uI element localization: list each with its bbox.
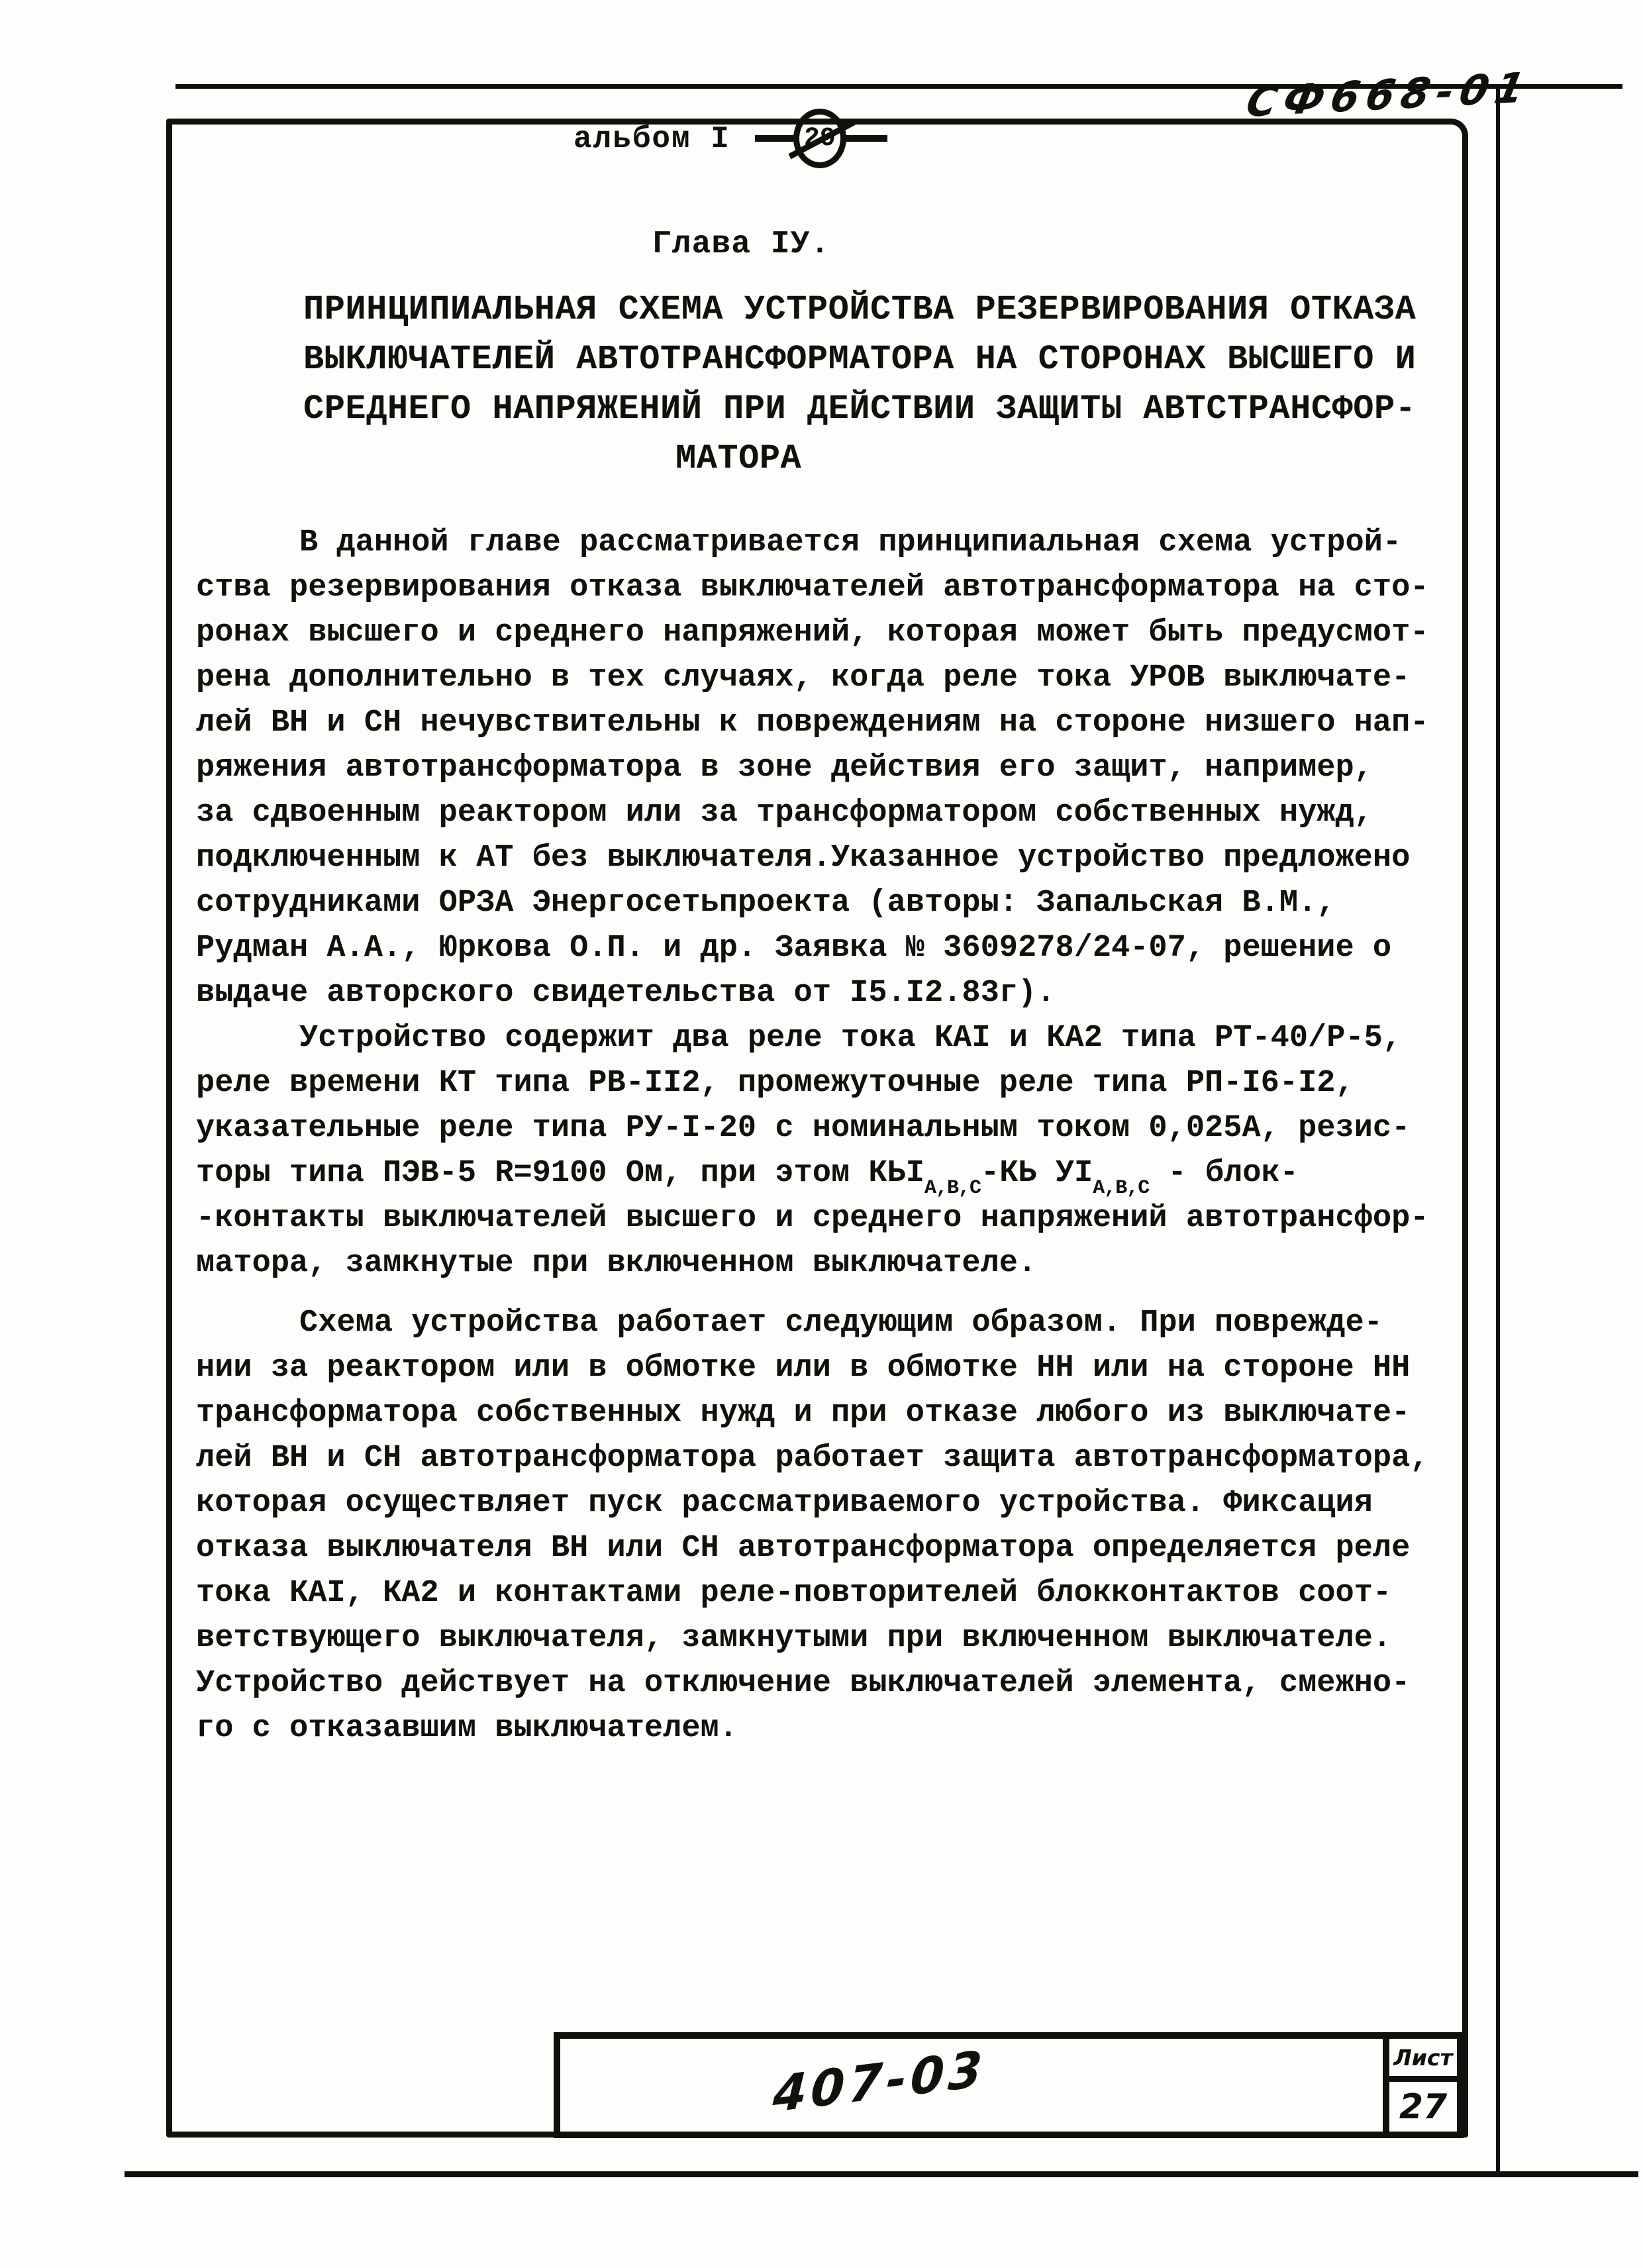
strike-dash-left	[755, 135, 796, 142]
album-label: альбом I	[573, 122, 730, 156]
text-line: -контакты выключателей высшего и среднег…	[196, 1196, 1481, 1241]
formula-text: - блок-	[1149, 1156, 1299, 1191]
text-line: рена дополнительно в тех случаях, когда …	[196, 656, 1481, 701]
document-number: 407-03	[772, 2040, 987, 2124]
sheet-label: Лист	[1389, 2039, 1457, 2082]
text-line: подключенным к АТ без выключателя.Указан…	[196, 836, 1481, 881]
text-line: отказа выключателя ВН или СН автотрансфо…	[196, 1526, 1481, 1571]
paragraph-2: Устройство содержит два реле тока КАІ и …	[196, 1016, 1481, 1286]
title-line: ВЫКЛЮЧАТЕЛЕЙ АВТОТРАНСФОРМАТОРА НА СТОРО…	[303, 340, 1416, 379]
title-block: 407-03 Лист 27	[554, 2032, 1464, 2138]
text-line: ства резервирования отказа выключателей …	[196, 566, 1481, 611]
formula-text: -КЬ УІ	[981, 1156, 1093, 1191]
text-line: В данной главе рассматривается принципиа…	[196, 521, 1481, 566]
crossed-out-page-number: 29	[755, 106, 894, 172]
title-line: ПРИНЦИПИАЛЬНАЯ СХЕМА УСТРОЙСТВА РЕЗЕРВИР…	[303, 290, 1416, 329]
handwritten-document-code: СФ668-01	[1242, 63, 1535, 127]
text-line: указательные реле типа РУ-І-20 с номинал…	[196, 1106, 1481, 1151]
text-line: Рудман А.А., Юркова О.П. и др. Заявка № …	[196, 926, 1481, 971]
formula-text: торы типа ПЭВ-5 R=9100 Ом, при этом КЬІ	[196, 1156, 924, 1191]
text-line: Устройство содержит два реле тока КАІ и …	[196, 1016, 1481, 1061]
text-line: Устройство действует на отключение выклю…	[196, 1661, 1481, 1706]
text-line: за сдвоенным реактором или за трансформа…	[196, 791, 1481, 836]
text-line: нии за реактором или в обмотке или в обм…	[196, 1346, 1481, 1391]
strike-dash-right	[844, 135, 887, 142]
title-line: МАТОРА	[675, 439, 801, 478]
scanned-document-page: альбом I 29 СФ668-01 Глава ІУ. ПРИНЦИПИА…	[0, 0, 1643, 2268]
text-line: выдаче авторского свидетельства от І5.І2…	[196, 971, 1481, 1016]
text-line: реле времени КТ типа РВ-ІІ2, промежуточн…	[196, 1061, 1481, 1106]
text-line: тока КАІ, КА2 и контактами реле-повторит…	[196, 1571, 1481, 1616]
paragraph-3: Схема устройства работает следующим обра…	[196, 1301, 1481, 1751]
text-line: лей ВН и СН нечувствительны к повреждени…	[196, 701, 1481, 746]
text-line: торы типа ПЭВ-5 R=9100 Ом, при этом КЬІА…	[196, 1151, 1481, 1196]
paragraph-1: В данной главе рассматривается принципиа…	[196, 521, 1481, 1016]
text-line: которая осуществляет пуск рассматриваемо…	[196, 1481, 1481, 1526]
sheet-column: Лист 27	[1383, 2039, 1457, 2132]
text-line: го с отказавшим выключателем.	[196, 1706, 1481, 1751]
text-line: ронах высшего и среднего напряжений, кот…	[196, 611, 1481, 656]
chapter-heading: Глава ІУ.	[652, 227, 830, 262]
text-line: сотрудниками ОРЗА Энергосетьпроекта (авт…	[196, 881, 1481, 926]
text-line: ветствующего выключателя, замкнутыми при…	[196, 1616, 1481, 1661]
sheet-number: 27	[1389, 2082, 1457, 2132]
text-line: матора, замкнутые при включенном выключа…	[196, 1241, 1481, 1286]
outer-right-border-line	[1496, 88, 1500, 2176]
title-line: СРЕДНЕГО НАПРЯЖЕНИЙ ПРИ ДЕЙСТВИИ ЗАЩИТЫ …	[303, 389, 1416, 429]
text-line: трансформатора собственных нужд и при от…	[196, 1391, 1481, 1436]
outer-bottom-border-line	[124, 2171, 1638, 2177]
text-line: Схема устройства работает следующим обра…	[196, 1301, 1481, 1346]
text-line: лей ВН и СН автотрансформатора работает …	[196, 1436, 1481, 1481]
body-text: В данной главе рассматривается принципиа…	[196, 521, 1481, 1751]
text-line: ряжения автотрансформатора в зоне действ…	[196, 746, 1481, 791]
